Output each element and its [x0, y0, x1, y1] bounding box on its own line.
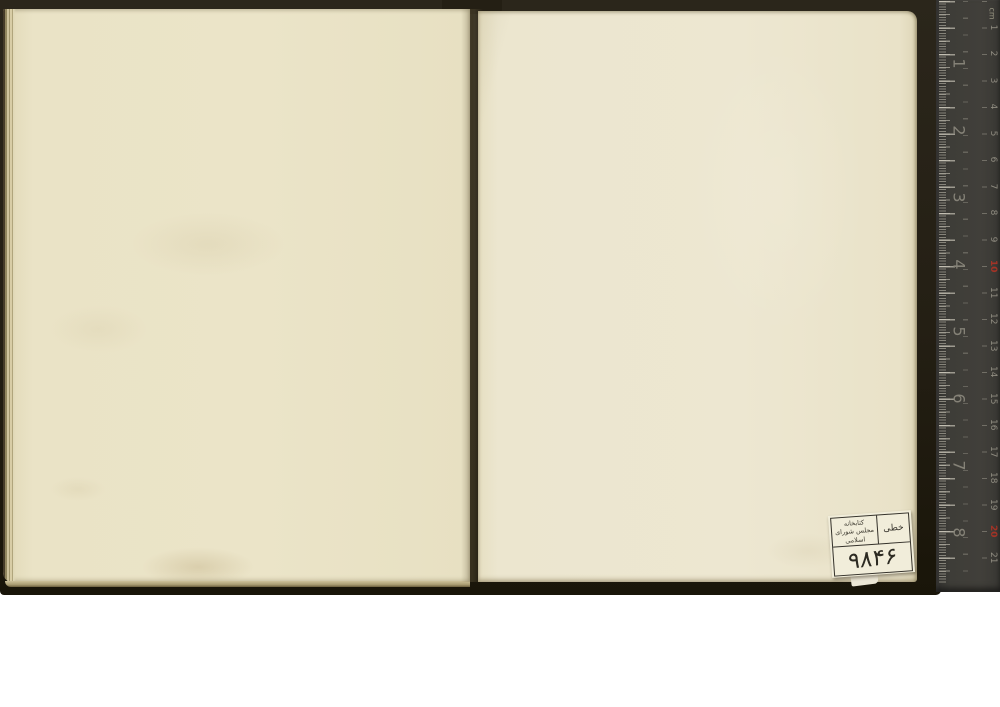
- ruler-cm-number-1: 1: [987, 22, 998, 33]
- library-label-sticker: کتابخانهمجلس شورایاسلامی خطی ۹۸۴۶: [828, 510, 915, 578]
- ruler-cm-number-5: 5: [987, 128, 998, 139]
- ruler-cm-number-18: 18: [987, 472, 998, 483]
- ruler-inch-number-3: 3: [951, 190, 968, 206]
- ruler-cm-number-19: 19: [987, 499, 998, 510]
- ruler-cm-number-21: 21: [987, 552, 998, 563]
- ruler-cm-number-4: 4: [987, 101, 998, 112]
- ruler-inch-number-7: 7: [951, 458, 968, 474]
- left-page-bottom-edge: [5, 581, 470, 587]
- ruler-cm-number-2: 2: [987, 48, 998, 59]
- ruler-cm-number-14: 14: [987, 366, 998, 377]
- ruler-inch-number-1: 1: [951, 56, 968, 72]
- left-page: [3, 9, 470, 583]
- ruler-cm-number-7: 7: [987, 181, 998, 192]
- ruler-cm-number-10: 10: [987, 260, 998, 271]
- ruler-unit-label: cm: [988, 8, 997, 20]
- sticker-library-text: کتابخانهمجلس شورایاسلامی: [831, 516, 879, 547]
- ruler-cm-major-ticks: [939, 1, 955, 584]
- left-page-edge-stack: [3, 9, 16, 583]
- ruler-inch-number-5: 5: [951, 324, 968, 340]
- right-page: [478, 11, 917, 582]
- ruler-inch-number-2: 2: [951, 123, 968, 139]
- ruler-cm-number-15: 15: [987, 393, 998, 404]
- ruler-cm-number-3: 3: [987, 75, 998, 86]
- ruler-inch-number-6: 6: [951, 391, 968, 407]
- sticker-frame: کتابخانهمجلس شورایاسلامی خطی ۹۸۴۶: [830, 512, 913, 576]
- book-scan-photo: کتابخانهمجلس شورایاسلامی خطی ۹۸۴۶ cm 123…: [0, 0, 1000, 707]
- ruler-cm-number-13: 13: [987, 340, 998, 351]
- ruler-inch-number-8: 8: [951, 525, 968, 541]
- ruler-cm-number-9: 9: [987, 234, 998, 245]
- ruler-cm-number-16: 16: [987, 419, 998, 430]
- ruler-quarter-inch-ticks: [963, 1, 968, 584]
- ruler-cm-number-6: 6: [987, 154, 998, 165]
- ruler-cm-number-20: 20: [987, 525, 998, 536]
- ruler-inch-number-4: 4: [951, 257, 968, 273]
- ruler-cm-number-11: 11: [987, 287, 998, 298]
- ruler-cm-number-8: 8: [987, 207, 998, 218]
- ruler-cm-number-12: 12: [987, 313, 998, 324]
- measuring-ruler: cm 123456789101112131415161718192021 123…: [936, 0, 1000, 592]
- sticker-type-cell: خطی: [877, 513, 910, 543]
- ruler-cm-number-17: 17: [987, 446, 998, 457]
